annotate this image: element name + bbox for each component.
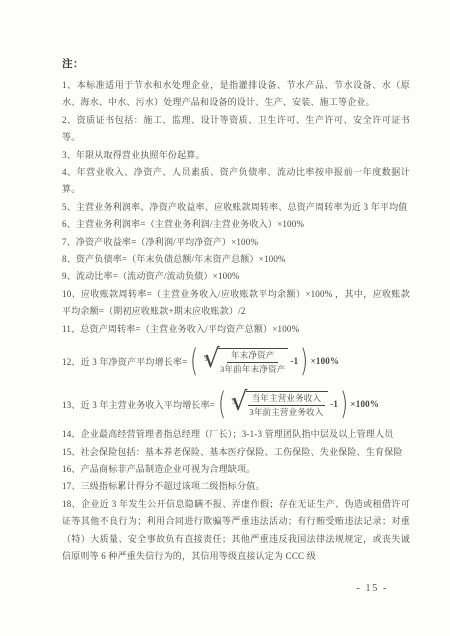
notes-section: 注： 1、本标准适用于节水和水处理企业，是指灌排设备、节水产品、节水设备、水（原… [62,56,410,565]
formula-13-label: 13、近 3 年主营业务收入平均增长率= [62,398,215,411]
notes-heading: 注： [62,56,410,71]
radicand: 年末净资产 3年前年末净资产 [218,348,288,375]
note-14: 14、企业最高经营管理者指总经理（厂长）；3-1-3 管理团队指中层及以上管理人… [62,426,410,443]
fraction-numerator: 年末净资产 [227,350,279,363]
note-1: 1、本标准适用于节水和水处理企业，是指灌排设备、节水产品、节水设备、水（原水、海… [62,77,410,112]
cube-root-radical: 3 √ 当年主营业务收入 3年前主营业务收入 [227,390,328,418]
note-2: 2、资质证书包括：施工、监理、设计等资质、卫生许可、生产许可、安全许可证书等。 [62,112,410,147]
fraction-denominator: 3年前年末净资产 [220,363,285,375]
times-100-percent: ×100% [311,356,340,366]
note-9: 9、流动比率=（流动资产/流动负债）×100% [62,268,410,285]
note-3: 3、年限从取得营业执照年份起算。 [62,147,410,164]
note-11: 11、总资产周转率=（主营业务收入/平均资产总额）×100% [62,321,410,338]
root-index: 3 [204,356,207,363]
note-7: 7、净资产收益率=（净利润/平均净资产）×100% [62,234,410,251]
note-15: 15、社会保险包括：基本养老保险、基本医疗保险、工伤保险、失业保险、生育保险 [62,444,410,461]
open-paren: ( [218,389,226,420]
note-17: 17、三级指标累计得分不超过该项二级指标分值。 [62,478,410,495]
note-16: 16、产品商标非产品制造企业可视为合理缺项。 [62,461,410,478]
open-paren: ( [191,346,199,377]
fraction-numerator: 当年主营业务收入 [248,393,326,406]
minus-one: -1 [330,399,338,409]
root-index: 3 [232,399,235,406]
note-12-formula: 12、近 3 年净资产平均增长率= ( 3 √ 年末净资产 3年前年末净资产 -… [62,341,410,381]
minus-one: -1 [290,356,298,366]
radicand: 当年主营业务收入 3年前主营业务收入 [246,391,329,418]
close-paren: ) [300,346,308,377]
cube-root-radical: 3 √ 年末净资产 3年前年末净资产 [200,347,289,375]
note-18: 18、企业近 3 年发生公开信息隐瞒不报、弄虚作假；存在无证生产、伪造或租借许可… [62,496,410,566]
times-100-percent: ×100% [350,399,379,409]
document-page: 注： 1、本标准适用于节水和水处理企业，是指灌排设备、节水产品、节水设备、水（原… [0,0,450,636]
note-5: 5、主营业务利润率、净资产收益率、应收账款周转率、总资产周转率为近 3 年平均值 [62,199,410,216]
note-10: 10、应收账款周转率=（主营业务收入/应收账款平均余额）×100% ，其中，应收… [62,286,410,321]
formula-12-label: 12、近 3 年净资产平均增长率= [62,355,187,368]
note-4: 4、年营业收入、净资产、人员素质、资产负债率、流动比率按申报前一年度数据计算。 [62,164,410,199]
note-6: 6、主营业务利润率=（主营业务利润/主营业务收入）×100% [62,216,410,233]
fraction: 当年主营业务收入 3年前主营业务收入 [248,393,326,418]
fraction: 年末净资产 3年前年末净资产 [220,350,285,375]
close-paren: ) [340,389,348,420]
note-13-formula: 13、近 3 年主营业务收入平均增长率= ( 3 √ 当年主营业务收入 3年前主… [62,384,410,424]
note-8: 8、资产负债率=（年末负债总额/年末资产总额）×100% [62,251,410,268]
fraction-denominator: 3年前主营业务收入 [249,406,323,418]
page-number: - 15 - [356,583,388,594]
